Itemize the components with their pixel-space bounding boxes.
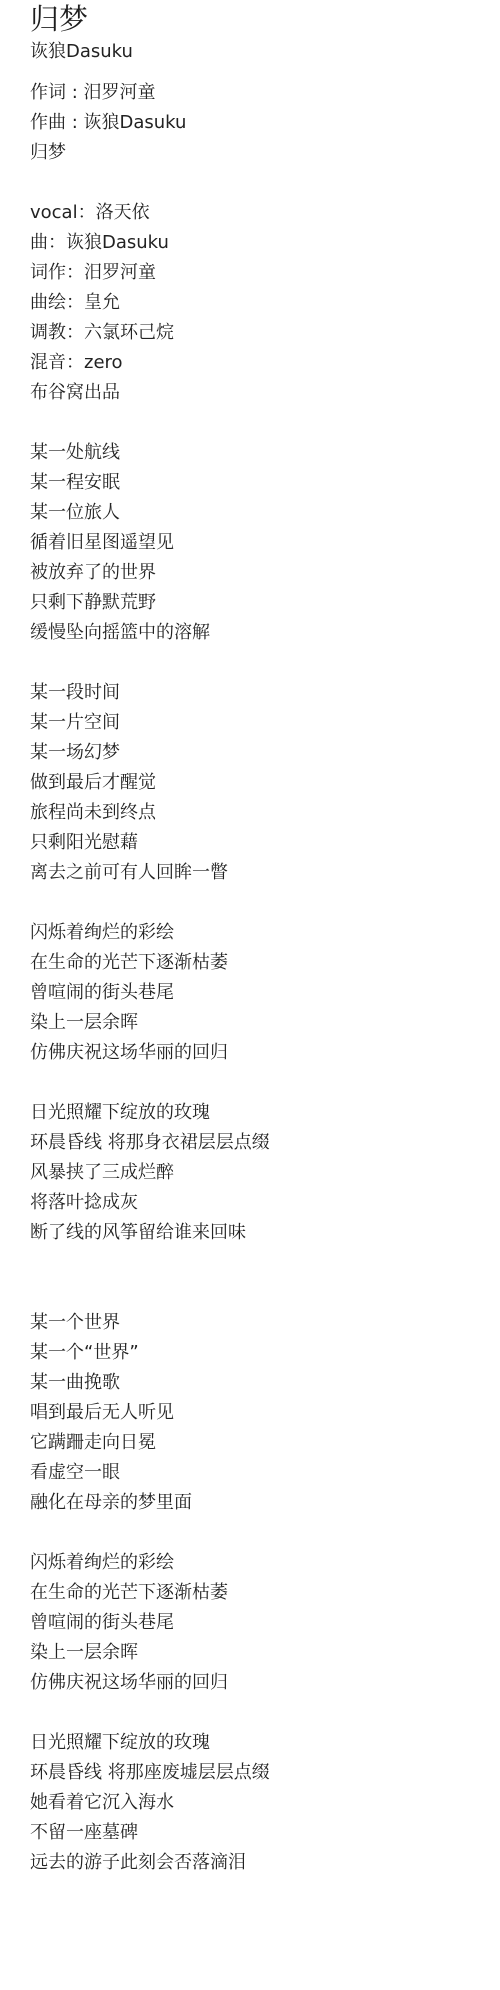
lyric-line: 调教：六氯环己烷 bbox=[30, 318, 500, 348]
lyric-line: 仿佛庆祝这场华丽的回归 bbox=[30, 1038, 500, 1068]
lyric-line: 某一程安眠 bbox=[30, 468, 500, 498]
lyric-line bbox=[30, 408, 500, 438]
lyric-line: 断了线的风筝留给谁来回味 bbox=[30, 1218, 500, 1248]
lyrics-body: 作词 : 汨罗河童作曲 : 诙狼Dasuku归梦vocal：洛天依曲：诙狼Das… bbox=[30, 78, 500, 1878]
lyric-line: 某一场幻梦 bbox=[30, 738, 500, 768]
lyric-line: 某一处航线 bbox=[30, 438, 500, 468]
lyric-line bbox=[30, 1518, 500, 1548]
lyric-line: 染上一层余晖 bbox=[30, 1638, 500, 1668]
lyric-line: 日光照耀下绽放的玫瑰 bbox=[30, 1728, 500, 1758]
lyric-line: 只剩下静默荒野 bbox=[30, 588, 500, 618]
lyric-line bbox=[30, 1278, 500, 1308]
lyric-line: 不留一座墓碑 bbox=[30, 1818, 500, 1848]
lyric-line: 某一位旅人 bbox=[30, 498, 500, 528]
lyric-line: 词作：汨罗河童 bbox=[30, 258, 500, 288]
lyric-line: 某一个“世界” bbox=[30, 1338, 500, 1368]
lyric-line: 闪烁着绚烂的彩绘 bbox=[30, 918, 500, 948]
lyric-line: 唱到最后无人听见 bbox=[30, 1398, 500, 1428]
lyric-line: 曾喧闹的街头巷尾 bbox=[30, 1608, 500, 1638]
lyric-line: 循着旧星图遥望见 bbox=[30, 528, 500, 558]
lyric-line: 她看着它沉入海水 bbox=[30, 1788, 500, 1818]
lyric-line: 将落叶捻成灰 bbox=[30, 1188, 500, 1218]
lyric-line: vocal：洛天依 bbox=[30, 198, 500, 228]
lyric-line bbox=[30, 1698, 500, 1728]
lyric-line: 某一段时间 bbox=[30, 678, 500, 708]
lyric-line: 曲绘：皇允 bbox=[30, 288, 500, 318]
lyric-line: 作词 : 汨罗河童 bbox=[30, 78, 500, 108]
song-artist: 诙狼Dasuku bbox=[30, 38, 500, 66]
lyric-line: 远去的游子此刻会否落滴泪 bbox=[30, 1848, 500, 1878]
lyric-line: 某一曲挽歌 bbox=[30, 1368, 500, 1398]
lyric-line: 旅程尚未到终点 bbox=[30, 798, 500, 828]
lyric-line: 在生命的光芒下逐渐枯萎 bbox=[30, 1578, 500, 1608]
lyric-line: 离去之前可有人回眸一瞥 bbox=[30, 858, 500, 888]
lyric-line: 做到最后才醒觉 bbox=[30, 768, 500, 798]
lyric-line: 曲：诙狼Dasuku bbox=[30, 228, 500, 258]
lyric-line: 它蹒跚走向日冕 bbox=[30, 1428, 500, 1458]
lyric-line: 环晨昏线 将那座废墟层层点缀 bbox=[30, 1758, 500, 1788]
lyric-line bbox=[30, 648, 500, 678]
lyric-line: 看虚空一眼 bbox=[30, 1458, 500, 1488]
lyric-line: 闪烁着绚烂的彩绘 bbox=[30, 1548, 500, 1578]
lyrics-page: 归梦 诙狼Dasuku 作词 : 汨罗河童作曲 : 诙狼Dasuku归梦voca… bbox=[0, 0, 500, 1878]
lyric-line bbox=[30, 1248, 500, 1278]
lyric-line: 某一片空间 bbox=[30, 708, 500, 738]
lyric-line: 染上一层余晖 bbox=[30, 1008, 500, 1038]
lyric-line: 混音：zero bbox=[30, 348, 500, 378]
lyric-line: 归梦 bbox=[30, 138, 500, 168]
lyric-line: 风暴挟了三成烂醉 bbox=[30, 1158, 500, 1188]
lyric-line: 布谷窝出品 bbox=[30, 378, 500, 408]
lyric-line: 作曲 : 诙狼Dasuku bbox=[30, 108, 500, 138]
song-title: 归梦 bbox=[30, 0, 500, 38]
lyric-line: 缓慢坠向摇篮中的溶解 bbox=[30, 618, 500, 648]
lyric-line: 仿佛庆祝这场华丽的回归 bbox=[30, 1668, 500, 1698]
lyric-line: 被放弃了的世界 bbox=[30, 558, 500, 588]
lyric-line: 在生命的光芒下逐渐枯萎 bbox=[30, 948, 500, 978]
lyric-line: 融化在母亲的梦里面 bbox=[30, 1488, 500, 1518]
lyric-line: 某一个世界 bbox=[30, 1308, 500, 1338]
lyric-line: 曾喧闹的街头巷尾 bbox=[30, 978, 500, 1008]
lyric-line bbox=[30, 888, 500, 918]
lyric-line: 环晨昏线 将那身衣裙层层点缀 bbox=[30, 1128, 500, 1158]
lyric-line bbox=[30, 1068, 500, 1098]
lyric-line: 只剩阳光慰藉 bbox=[30, 828, 500, 858]
lyric-line: 日光照耀下绽放的玫瑰 bbox=[30, 1098, 500, 1128]
lyric-line bbox=[30, 168, 500, 198]
